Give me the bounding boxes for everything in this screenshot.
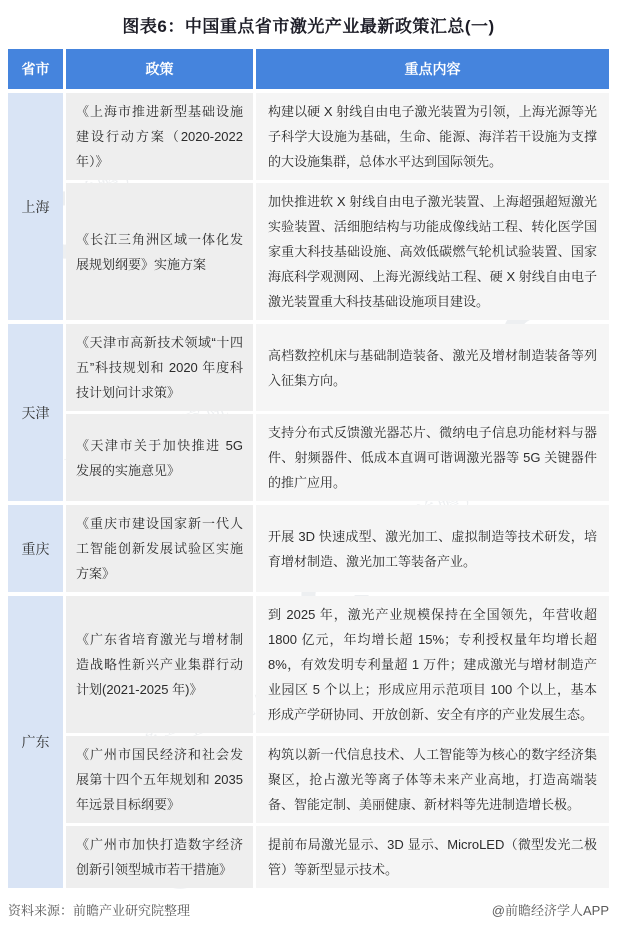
table-group-tianjin: 天津 《天津市高新技术领域“十四五”科技规划和 2020 年度科技计划问计求策》… — [8, 324, 609, 501]
content-cell: 到 2025 年，激光产业规模保持在全国领先，年营收超 1800 亿元，年均增长… — [256, 596, 609, 733]
table-row: 《广州市国民经济和社会发展第十四个五年规划和 2035 年远景目标纲要》 构筑以… — [66, 736, 609, 823]
policy-cell: 《重庆市建设国家新一代人工智能创新发展试验区实施方案》 — [66, 505, 253, 592]
content-text: 高档数控机床与基础制造装备、激光及增材制造装备等列入征集方向。 — [268, 343, 597, 393]
policy-text: 《广东省培育激光与增材制造战略性新兴产业集群行动计划(2021-2025 年)》 — [76, 627, 243, 702]
table-group-chongqing: 重庆 《重庆市建设国家新一代人工智能创新发展试验区实施方案》 开展 3D 快速成… — [8, 505, 609, 592]
policy-text: 《长江三角洲区域一体化发展规划纲要》实施方案 — [76, 227, 243, 277]
region-label-guangdong: 广东 — [8, 596, 63, 888]
policy-text: 《上海市推进新型基础设施建设行动方案（2020-2022 年）》 — [76, 99, 243, 174]
policy-text: 《天津市高新技术领域“十四五”科技规划和 2020 年度科技计划问计求策》 — [76, 330, 243, 405]
footer: 资料来源：前瞻产业研究院整理 @前瞻经济学人APP — [8, 900, 609, 919]
content-cell: 开展 3D 快速成型、激光加工、虚拟制造等技术研发，培育增材制造、激光加工等装备… — [256, 505, 609, 592]
group-rows: 《上海市推进新型基础设施建设行动方案（2020-2022 年）》 构建以硬 X … — [66, 93, 609, 320]
policy-cell: 《天津市关于加快推进 5G 发展的实施意见》 — [66, 414, 253, 501]
header-cell-region: 省市 — [8, 49, 63, 89]
policy-text: 《重庆市建设国家新一代人工智能创新发展试验区实施方案》 — [76, 511, 243, 586]
header-cell-content: 重点内容 — [256, 49, 609, 89]
table-row: 《广州市加快打造数字经济创新引领型城市若干措施》 提前布局激光显示、3D 显示、… — [66, 826, 609, 888]
policy-text: 《广州市加快打造数字经济创新引领型城市若干措施》 — [76, 832, 243, 882]
content-text: 构建以硬 X 射线自由电子激光装置为引领，上海光源等光子科学大设施为基础，生命、… — [268, 99, 597, 174]
table-header-row: 省市 政策 重点内容 — [8, 49, 609, 89]
content-text: 加快推进软 X 射线自由电子激光装置、上海超强超短激光实验装置、活细胞结构与功能… — [268, 189, 597, 314]
policy-cell: 《长江三角洲区域一体化发展规划纲要》实施方案 — [66, 183, 253, 320]
content-cell: 构建以硬 X 射线自由电子激光装置为引领，上海光源等光子科学大设施为基础，生命、… — [256, 93, 609, 180]
content-cell: 构筑以新一代信息技术、人工智能等为核心的数字经济集聚区，抢占激光等离子体等未来产… — [256, 736, 609, 823]
region-label-tianjin: 天津 — [8, 324, 63, 501]
policy-text: 《天津市关于加快推进 5G 发展的实施意见》 — [76, 433, 243, 483]
content-cell: 提前布局激光显示、3D 显示、MicroLED（微型发光二极管）等新型显示技术。 — [256, 826, 609, 888]
policy-cell: 《上海市推进新型基础设施建设行动方案（2020-2022 年）》 — [66, 93, 253, 180]
policy-cell: 《广州市加快打造数字经济创新引领型城市若干措施》 — [66, 826, 253, 888]
policy-cell: 《广州市国民经济和社会发展第十四个五年规划和 2035 年远景目标纲要》 — [66, 736, 253, 823]
table-row: 《天津市关于加快推进 5G 发展的实施意见》 支持分布式反馈激光器芯片、微纳电子… — [66, 414, 609, 501]
content-cell: 支持分布式反馈激光器芯片、微纳电子信息功能材料与器件、射频器件、低成本直调可谐调… — [256, 414, 609, 501]
table-group-guangdong: 广东 《广东省培育激光与增材制造战略性新兴产业集群行动计划(2021-2025 … — [8, 596, 609, 888]
group-rows: 《广东省培育激光与增材制造战略性新兴产业集群行动计划(2021-2025 年)》… — [66, 596, 609, 888]
content-text: 提前布局激光显示、3D 显示、MicroLED（微型发光二极管）等新型显示技术。 — [268, 832, 597, 882]
content-text: 支持分布式反馈激光器芯片、微纳电子信息功能材料与器件、射频器件、低成本直调可谐调… — [268, 420, 597, 495]
table-group-shanghai: 上海 《上海市推进新型基础设施建设行动方案（2020-2022 年）》 构建以硬… — [8, 93, 609, 320]
content-cell: 加快推进软 X 射线自由电子激光装置、上海超强超短激光实验装置、活细胞结构与功能… — [256, 183, 609, 320]
table-row: 《长江三角洲区域一体化发展规划纲要》实施方案 加快推进软 X 射线自由电子激光装… — [66, 183, 609, 320]
app-credit: @前瞻经济学人APP — [492, 900, 609, 919]
content-text: 到 2025 年，激光产业规模保持在全国领先，年营收超 1800 亿元，年均增长… — [268, 602, 597, 727]
policy-table: 省市 政策 重点内容 上海 《上海市推进新型基础设施建设行动方案（2020-20… — [8, 49, 609, 888]
content-text: 构筑以新一代信息技术、人工智能等为核心的数字经济集聚区，抢占激光等离子体等未来产… — [268, 742, 597, 817]
region-label-chongqing: 重庆 — [8, 505, 63, 592]
policy-text: 《广州市国民经济和社会发展第十四个五年规划和 2035 年远景目标纲要》 — [76, 742, 243, 817]
source-note: 资料来源：前瞻产业研究院整理 — [8, 900, 190, 919]
content-text: 开展 3D 快速成型、激光加工、虚拟制造等技术研发，培育增材制造、激光加工等装备… — [268, 524, 597, 574]
figure-title: 图表6：中国重点省市激光产业最新政策汇总(一) — [8, 12, 609, 37]
policy-cell: 《天津市高新技术领域“十四五”科技规划和 2020 年度科技计划问计求策》 — [66, 324, 253, 411]
table-row: 《广东省培育激光与增材制造战略性新兴产业集群行动计划(2021-2025 年)》… — [66, 596, 609, 733]
table-row: 《重庆市建设国家新一代人工智能创新发展试验区实施方案》 开展 3D 快速成型、激… — [66, 505, 609, 592]
policy-cell: 《广东省培育激光与增材制造战略性新兴产业集群行动计划(2021-2025 年)》 — [66, 596, 253, 733]
header-cell-policy: 政策 — [66, 49, 253, 89]
group-rows: 《天津市高新技术领域“十四五”科技规划和 2020 年度科技计划问计求策》 高档… — [66, 324, 609, 501]
group-rows: 《重庆市建设国家新一代人工智能创新发展试验区实施方案》 开展 3D 快速成型、激… — [66, 505, 609, 592]
region-label-shanghai: 上海 — [8, 93, 63, 320]
table-row: 《上海市推进新型基础设施建设行动方案（2020-2022 年）》 构建以硬 X … — [66, 93, 609, 180]
content-cell: 高档数控机床与基础制造装备、激光及增材制造装备等列入征集方向。 — [256, 324, 609, 411]
table-row: 《天津市高新技术领域“十四五”科技规划和 2020 年度科技计划问计求策》 高档… — [66, 324, 609, 411]
